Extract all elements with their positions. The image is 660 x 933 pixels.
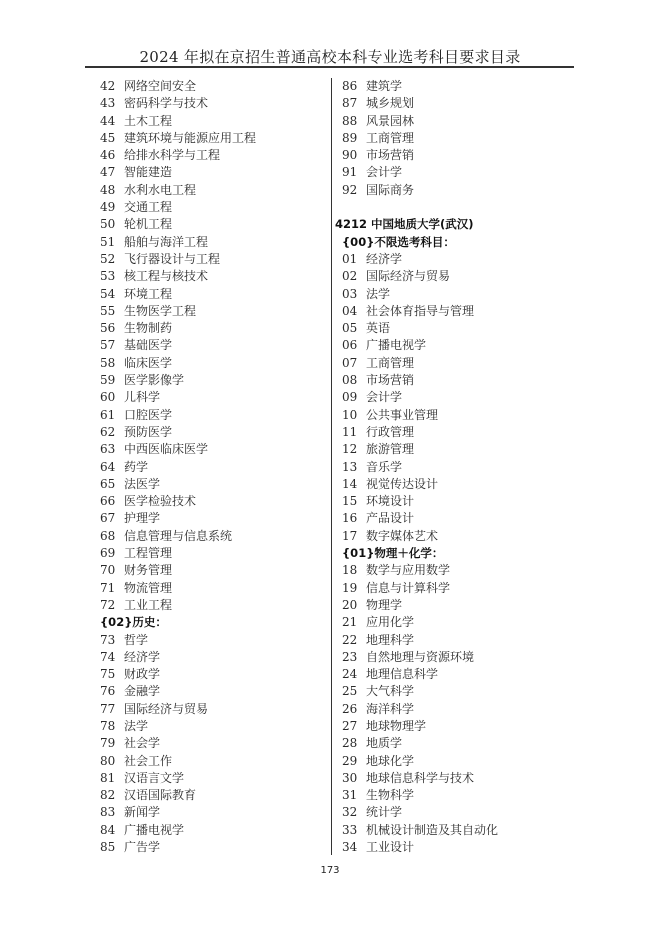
major-name: 国际经济与贸易 [124,702,208,716]
major-name: 广播电视学 [124,823,184,837]
major-list-item: 53核工程与核技术 [100,268,325,285]
major-name: 数字媒体艺术 [366,529,438,543]
major-name: 建筑学 [366,79,402,93]
major-list-item: 74经济学 [100,649,325,666]
major-list-item: 52飞行器设计与工程 [100,251,325,268]
major-code: 87 [342,95,361,112]
major-code: 53 [100,268,119,285]
major-code: 43 [100,95,119,112]
major-name: 密码科学与技术 [124,96,208,110]
institution-heading: 4212 中国地质大学(武汉) [335,216,580,233]
major-code: 68 [100,528,119,545]
major-list-item: 45建筑环境与能源应用工程 [100,130,325,147]
major-list-item: 24地理信息科学 [340,666,580,683]
major-name: 生物制药 [124,321,172,335]
major-name: 汉语国际教育 [124,788,196,802]
major-name: 医学检验技术 [124,494,196,508]
major-name: 智能建造 [124,165,172,179]
major-code: 81 [100,770,119,787]
major-name: 地球信息科学与技术 [366,771,474,785]
major-name: 旅游管理 [366,442,414,456]
major-name: 交通工程 [124,200,172,214]
major-list-item: 48水利水电工程 [100,182,325,199]
major-code: 29 [342,753,361,770]
major-list-item: 59医学影像学 [100,372,325,389]
major-name: 统计学 [366,805,402,819]
major-name: 汉语言文学 [124,771,184,785]
major-code: 23 [342,649,361,666]
major-code: 79 [100,735,119,752]
major-code: 92 [342,182,361,199]
major-list-item: 67护理学 [100,510,325,527]
major-name: 工业工程 [124,598,172,612]
major-code: 67 [100,510,119,527]
major-list-item: 49交通工程 [100,199,325,216]
major-code: 50 [100,216,119,233]
major-name: 工商管理 [366,131,414,145]
major-list-item: 18数学与应用数学 [340,562,580,579]
major-name: 经济学 [366,252,402,266]
major-code: 56 [100,320,119,337]
major-name: 地理信息科学 [366,667,438,681]
major-name: 生物医学工程 [124,304,196,318]
major-name: 社会体育指导与管理 [366,304,474,318]
major-list-item: 55生物医学工程 [100,303,325,320]
major-code: 66 [100,493,119,510]
major-code: 11 [342,424,361,441]
major-name: 地球化学 [366,754,414,768]
major-list-item: 43密码科学与技术 [100,95,325,112]
major-list-item: 58临床医学 [100,355,325,372]
major-code: 14 [342,476,361,493]
major-name: 应用化学 [366,615,414,629]
major-list-item: 33机械设计制造及其自动化 [340,822,580,839]
major-list-item: 51船舶与海洋工程 [100,234,325,251]
major-code: 48 [100,182,119,199]
major-code: 06 [342,337,361,354]
major-name: 法医学 [124,477,160,491]
major-code: 34 [342,839,361,856]
major-list-item: 72工业工程 [100,597,325,614]
major-name: 大气科学 [366,684,414,698]
major-list-item: 15环境设计 [340,493,580,510]
major-name: 物理学 [366,598,402,612]
major-list-item: 29地球化学 [340,753,580,770]
major-name: 医学影像学 [124,373,184,387]
major-list-item: 50轮机工程 [100,216,325,233]
major-list-item: 79社会学 [100,735,325,752]
major-code: 83 [100,804,119,821]
blank-spacer [340,199,580,216]
major-name: 中西医临床医学 [124,442,208,456]
major-name: 船舶与海洋工程 [124,235,208,249]
major-code: 12 [342,441,361,458]
major-list-item: 19信息与计算科学 [340,580,580,597]
major-name: 信息管理与信息系统 [124,529,232,543]
major-code: 54 [100,286,119,303]
major-list-item: 81汉语言文学 [100,770,325,787]
major-list-item: 34工业设计 [340,839,580,856]
major-list-item: 66医学检验技术 [100,493,325,510]
major-list-item: 75财政学 [100,666,325,683]
major-list-item: 47智能建造 [100,164,325,181]
major-code: 32 [342,804,361,821]
major-code: 03 [342,286,361,303]
major-name: 儿科学 [124,390,160,404]
major-list-item: 28地质学 [340,735,580,752]
major-code: 75 [100,666,119,683]
major-code: 91 [342,164,361,181]
major-code: 71 [100,580,119,597]
major-name: 哲学 [124,633,148,647]
major-name: 生物科学 [366,788,414,802]
major-code: 52 [100,251,119,268]
major-list-item: 01经济学 [340,251,580,268]
major-code: 59 [100,372,119,389]
major-code: 88 [342,113,361,130]
major-name: 环境设计 [366,494,414,508]
major-name: 轮机工程 [124,217,172,231]
header-rule [85,66,574,68]
major-list-item: 56生物制药 [100,320,325,337]
major-name: 数学与应用数学 [366,563,450,577]
major-list-item: 80社会工作 [100,753,325,770]
major-code: 45 [100,130,119,147]
major-list-item: 23自然地理与资源环境 [340,649,580,666]
major-list-item: 63中西医临床医学 [100,441,325,458]
major-name: 法学 [366,287,390,301]
major-name: 财务管理 [124,563,172,577]
major-code: 49 [100,199,119,216]
major-name: 市场营销 [366,373,414,387]
major-list-item: 77国际经济与贸易 [100,701,325,718]
major-list-item: 07工商管理 [340,355,580,372]
major-name: 机械设计制造及其自动化 [366,823,498,837]
major-code: 28 [342,735,361,752]
major-list-item: 44土木工程 [100,113,325,130]
major-code: 22 [342,632,361,649]
major-code: 76 [100,683,119,700]
major-name: 法学 [124,719,148,733]
major-list-item: 73哲学 [100,632,325,649]
major-code: 72 [100,597,119,614]
major-code: 26 [342,701,361,718]
major-code: 20 [342,597,361,614]
column-divider [331,78,332,855]
major-name: 网络空间安全 [124,79,196,93]
major-code: 27 [342,718,361,735]
major-name: 广播电视学 [366,338,426,352]
major-name: 国际经济与贸易 [366,269,450,283]
major-code: 31 [342,787,361,804]
major-name: 工商管理 [366,356,414,370]
major-name: 城乡规划 [366,96,414,110]
major-list-item: 60儿科学 [100,389,325,406]
subject-requirement-heading: {00}不限选考科目： [340,234,580,251]
major-name: 核工程与核技术 [124,269,208,283]
major-list-item: 88风景园林 [340,113,580,130]
major-code: 84 [100,822,119,839]
major-code: 65 [100,476,119,493]
major-code: 47 [100,164,119,181]
major-list-item: 14视觉传达设计 [340,476,580,493]
major-list-item: 91会计学 [340,164,580,181]
major-name: 会计学 [366,390,402,404]
major-name: 水利水电工程 [124,183,196,197]
major-name: 预防医学 [124,425,172,439]
major-list-item: 32统计学 [340,804,580,821]
major-name: 地理科学 [366,633,414,647]
major-code: 60 [100,389,119,406]
major-name: 地质学 [366,736,402,750]
major-code: 09 [342,389,361,406]
major-list-item: 83新闻学 [100,804,325,821]
major-name: 飞行器设计与工程 [124,252,220,266]
major-code: 18 [342,562,361,579]
major-code: 73 [100,632,119,649]
major-code: 02 [342,268,361,285]
major-list-item: 13音乐学 [340,459,580,476]
major-code: 90 [342,147,361,164]
major-name: 产品设计 [366,511,414,525]
page-number: 173 [0,865,660,876]
major-list-item: 09会计学 [340,389,580,406]
major-name: 国际商务 [366,183,414,197]
major-code: 70 [100,562,119,579]
major-list-item: 20物理学 [340,597,580,614]
major-name: 信息与计算科学 [366,581,450,595]
major-name: 经济学 [124,650,160,664]
major-name: 行政管理 [366,425,414,439]
major-name: 风景园林 [366,114,414,128]
major-code: 42 [100,78,119,95]
major-code: 57 [100,337,119,354]
major-name: 音乐学 [366,460,402,474]
major-list-item: 70财务管理 [100,562,325,579]
major-code: 05 [342,320,361,337]
major-list-item: 12旅游管理 [340,441,580,458]
major-list-item: 08市场营销 [340,372,580,389]
major-list-item: 04社会体育指导与管理 [340,303,580,320]
major-list-item: 46给排水科学与工程 [100,147,325,164]
major-name: 市场营销 [366,148,414,162]
major-list-item: 25大气科学 [340,683,580,700]
major-name: 土木工程 [124,114,172,128]
major-name: 环境工程 [124,287,172,301]
major-name: 社会工作 [124,754,172,768]
major-code: 16 [342,510,361,527]
major-name: 海洋科学 [366,702,414,716]
major-list-item: 57基础医学 [100,337,325,354]
major-list-item: 71物流管理 [100,580,325,597]
major-code: 78 [100,718,119,735]
major-code: 51 [100,234,119,251]
major-name: 公共事业管理 [366,408,438,422]
major-name: 新闻学 [124,805,160,819]
major-code: 24 [342,666,361,683]
major-list-item: 68信息管理与信息系统 [100,528,325,545]
major-list-item: 16产品设计 [340,510,580,527]
major-list-item: 42网络空间安全 [100,78,325,95]
major-code: 69 [100,545,119,562]
major-list-item: 85广告学 [100,839,325,856]
major-name: 物流管理 [124,581,172,595]
right-column: 86建筑学87城乡规划88风景园林89工商管理90市场营销91会计学92国际商务… [340,78,580,856]
major-list-item: 69工程管理 [100,545,325,562]
major-code: 01 [342,251,361,268]
major-list-item: 31生物科学 [340,787,580,804]
major-code: 80 [100,753,119,770]
major-code: 30 [342,770,361,787]
major-list-item: 26海洋科学 [340,701,580,718]
major-name: 会计学 [366,165,402,179]
major-list-item: 82汉语国际教育 [100,787,325,804]
major-code: 15 [342,493,361,510]
major-code: 33 [342,822,361,839]
major-code: 74 [100,649,119,666]
major-code: 62 [100,424,119,441]
major-name: 给排水科学与工程 [124,148,220,162]
major-list-item: 76金融学 [100,683,325,700]
major-list-item: 22地理科学 [340,632,580,649]
major-name: 地球物理学 [366,719,426,733]
major-list-item: 84广播电视学 [100,822,325,839]
left-column: 42网络空间安全43密码科学与技术44土木工程45建筑环境与能源应用工程46给排… [100,78,325,856]
major-name: 社会学 [124,736,160,750]
major-code: 61 [100,407,119,424]
major-code: 17 [342,528,361,545]
major-list-item: 02国际经济与贸易 [340,268,580,285]
major-list-item: 87城乡规划 [340,95,580,112]
major-code: 04 [342,303,361,320]
major-list-item: 30地球信息科学与技术 [340,770,580,787]
major-code: 85 [100,839,119,856]
major-code: 08 [342,372,361,389]
major-name: 口腔医学 [124,408,172,422]
major-code: 10 [342,407,361,424]
major-name: 视觉传达设计 [366,477,438,491]
major-code: 55 [100,303,119,320]
major-list-item: 89工商管理 [340,130,580,147]
major-name: 金融学 [124,684,160,698]
major-name: 自然地理与资源环境 [366,650,474,664]
major-code: 82 [100,787,119,804]
major-list-item: 21应用化学 [340,614,580,631]
major-list-item: 11行政管理 [340,424,580,441]
major-list-item: 86建筑学 [340,78,580,95]
page-title: 2024 年拟在京招生普通高校本科专业选考科目要求目录 [0,46,660,67]
major-list-item: 64药学 [100,459,325,476]
major-list-item: 61口腔医学 [100,407,325,424]
major-name: 基础医学 [124,338,172,352]
major-list-item: 27地球物理学 [340,718,580,735]
major-list-item: 17数字媒体艺术 [340,528,580,545]
subject-requirement-heading: {01}物理＋化学： [340,545,580,562]
major-name: 广告学 [124,840,160,854]
major-code: 46 [100,147,119,164]
major-code: 07 [342,355,361,372]
major-code: 64 [100,459,119,476]
major-name: 建筑环境与能源应用工程 [124,131,256,145]
major-name: 工业设计 [366,840,414,854]
major-list-item: 54环境工程 [100,286,325,303]
major-list-item: 90市场营销 [340,147,580,164]
major-list-item: 78法学 [100,718,325,735]
major-code: 89 [342,130,361,147]
major-name: 药学 [124,460,148,474]
subject-requirement-heading: {02}历史： [100,614,325,631]
major-code: 63 [100,441,119,458]
major-name: 英语 [366,321,390,335]
major-list-item: 05英语 [340,320,580,337]
major-list-item: 06广播电视学 [340,337,580,354]
major-code: 19 [342,580,361,597]
major-code: 25 [342,683,361,700]
major-code: 58 [100,355,119,372]
major-name: 财政学 [124,667,160,681]
major-name: 护理学 [124,511,160,525]
major-code: 86 [342,78,361,95]
major-list-item: 92国际商务 [340,182,580,199]
major-code: 77 [100,701,119,718]
major-name: 工程管理 [124,546,172,560]
major-code: 21 [342,614,361,631]
major-list-item: 03法学 [340,286,580,303]
major-code: 44 [100,113,119,130]
major-list-item: 10公共事业管理 [340,407,580,424]
major-list-item: 62预防医学 [100,424,325,441]
major-name: 临床医学 [124,356,172,370]
major-list-item: 65法医学 [100,476,325,493]
major-code: 13 [342,459,361,476]
